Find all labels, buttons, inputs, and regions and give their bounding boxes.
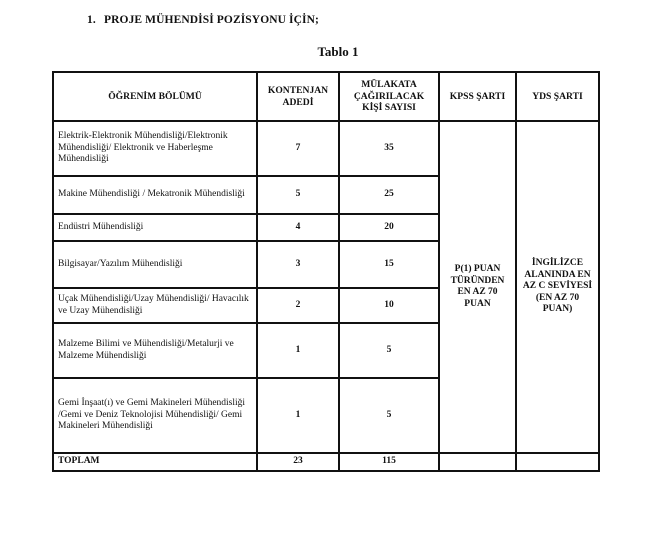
header-kpss: KPSS ŞARTI	[439, 72, 516, 121]
quota-cell: 2	[257, 288, 339, 323]
interview-count-cell: 5	[339, 323, 439, 378]
interview-count-cell: 35	[339, 121, 439, 176]
quota-cell: 4	[257, 214, 339, 241]
table-row: Elektrik-Elektronik Mühendisliği/Elektro…	[53, 121, 599, 176]
interview-count-cell: 20	[339, 214, 439, 241]
total-label: TOPLAM	[53, 453, 257, 471]
section-heading: 1.PROJE MÜHENDİSİ POZİSYONU İÇİN;	[87, 14, 319, 26]
total-kpss-empty	[439, 453, 516, 471]
quota-cell: 3	[257, 241, 339, 288]
kpss-condition-cell: P(1) PUAN TÜRÜNDEN EN AZ 70 PUAN	[439, 121, 516, 453]
department-cell: Elektrik-Elektronik Mühendisliği/Elektro…	[53, 121, 257, 176]
department-cell: Makine Mühendisliği / Mekatronik Mühendi…	[53, 176, 257, 214]
total-quota: 23	[257, 453, 339, 471]
header-interview-count: MÜLAKATA ÇAĞIRILACAK KİŞİ SAYISI	[339, 72, 439, 121]
section-number: 1.	[87, 14, 104, 26]
quota-cell: 1	[257, 378, 339, 453]
department-cell: Gemi İnşaat(ı) ve Gemi Makineleri Mühend…	[53, 378, 257, 453]
interview-count-cell: 5	[339, 378, 439, 453]
interview-count-cell: 10	[339, 288, 439, 323]
table-header-row: ÖĞRENİM BÖLÜMÜ KONTENJAN ADEDİ MÜLAKATA …	[53, 72, 599, 121]
total-interview-count: 115	[339, 453, 439, 471]
quota-cell: 1	[257, 323, 339, 378]
department-cell: Bilgisayar/Yazılım Mühendisliği	[53, 241, 257, 288]
position-table: ÖĞRENİM BÖLÜMÜ KONTENJAN ADEDİ MÜLAKATA …	[52, 71, 600, 472]
interview-count-cell: 25	[339, 176, 439, 214]
department-cell: Endüstri Mühendisliği	[53, 214, 257, 241]
total-row: TOPLAM 23 115	[53, 453, 599, 471]
quota-cell: 5	[257, 176, 339, 214]
header-department: ÖĞRENİM BÖLÜMÜ	[53, 72, 257, 121]
department-cell: Uçak Mühendisliği/Uzay Mühendisliği/ Hav…	[53, 288, 257, 323]
quota-cell: 7	[257, 121, 339, 176]
header-yds: YDS ŞARTI	[516, 72, 599, 121]
department-cell: Malzeme Bilimi ve Mühendisliği/Metalurji…	[53, 323, 257, 378]
total-yds-empty	[516, 453, 599, 471]
header-quota: KONTENJAN ADEDİ	[257, 72, 339, 121]
table-caption: Tablo 1	[0, 44, 646, 60]
interview-count-cell: 15	[339, 241, 439, 288]
section-title: PROJE MÜHENDİSİ POZİSYONU İÇİN;	[104, 14, 319, 26]
yds-condition-cell: İNGİLİZCE ALANINDA EN AZ C SEVİYESİ (EN …	[516, 121, 599, 453]
